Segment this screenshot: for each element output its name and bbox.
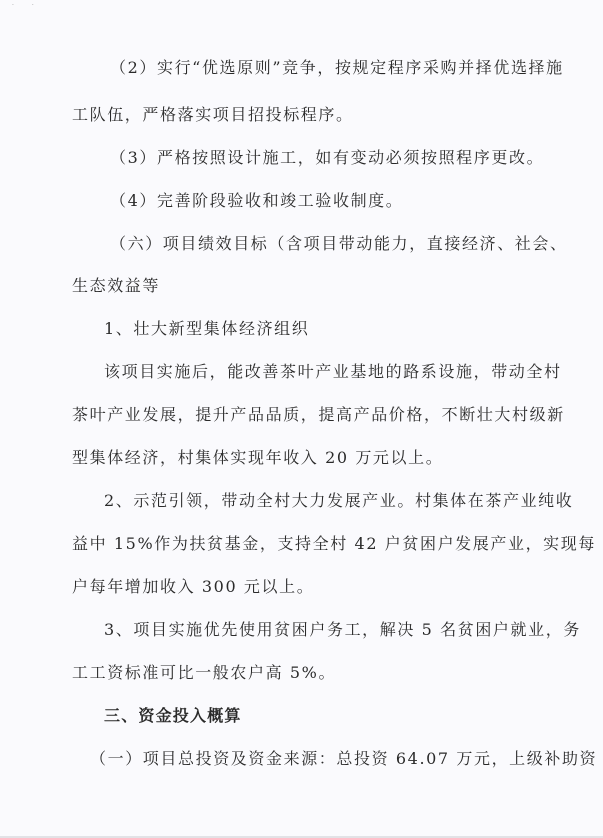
scan-artifact: · ·	[12, 2, 62, 22]
paragraph-2-line-2: 益中 15%作为扶贫基金，支持全村 42 户贫困户发展产业，实现每	[72, 534, 596, 554]
document-page: · · （2）实行“优选原则”竞争，按规定程序采购并择优选择施 工队伍，严格落实…	[0, 0, 603, 838]
paragraph-item-3: （3）严格按照设计施工，如有变动必须按照程序更改。	[110, 148, 544, 168]
section-heading-6-line-1: （六）项目绩效目标（含项目带动能力，直接经济、社会、	[110, 234, 568, 254]
paragraph-3-line-1: 3、项目实施优先使用贫困户务工，解决 5 名贫困户就业，务	[104, 620, 581, 640]
paragraph-item-4: （4）完善阶段验收和竣工验收制度。	[110, 191, 403, 211]
paragraph-1-line-1: 该项目实施后，能改善茶叶产业基地的路系设施，带动全村	[104, 362, 562, 382]
paragraph-item-2-line-2: 工队伍，严格落实项目招投标程序。	[72, 105, 354, 125]
paragraph-funding-line-1: （一）项目总投资及资金来源：总投资 64.07 万元，上级补助资	[90, 749, 597, 769]
subheading-1: 1、壮大新型集体经济组织	[104, 319, 309, 339]
section-heading-6-line-2: 生态效益等	[72, 276, 160, 296]
paragraph-3-line-2: 工工资标准可比一般农户高 5%。	[72, 663, 336, 683]
paragraph-item-2-line-1: （2）实行“优选原则”竞争，按规定程序采购并择优选择施	[110, 58, 564, 78]
paragraph-1-line-2: 茶叶产业发展，提升产品品质，提高产品价格，不断壮大村级新	[72, 405, 565, 425]
paragraph-2-line-1: 2、示范引领，带动全村大力发展产业。村集体在茶产业纯收	[104, 491, 573, 511]
section-heading-3: 三、资金投入概算	[104, 706, 242, 726]
paragraph-1-line-3: 型集体经济，村集体实现年收入 20 万元以上。	[72, 448, 443, 468]
paragraph-2-line-3: 户每年增加收入 300 元以上。	[72, 577, 314, 597]
